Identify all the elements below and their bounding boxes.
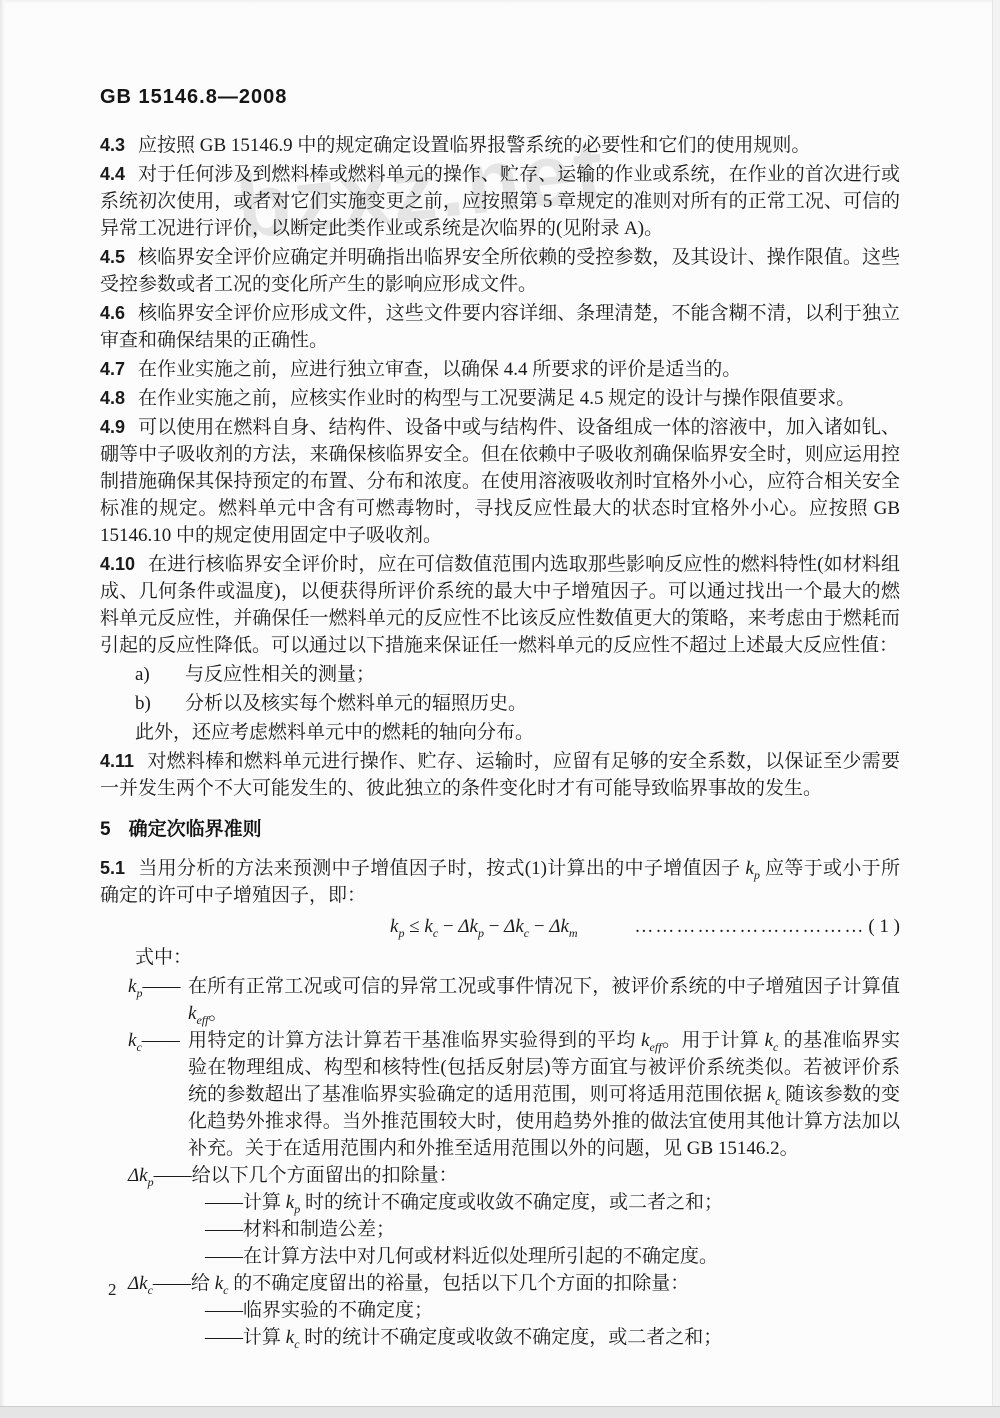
clause-number: 5.1 <box>100 858 125 878</box>
clause-text: 对燃料棒和燃料单元进行操作、贮存、运输时，应留有足够的安全系数，以保证至少需要一… <box>100 751 900 799</box>
scan-edge-bottom <box>0 1406 1000 1418</box>
definition-kc: kc—— 用特定的计算方法计算若干基准临界实验得到的平均 keff。用于计算 k… <box>100 1027 900 1162</box>
list-item-b: b)分析以及核实每个燃料单元的辐照历史。 <box>135 690 900 717</box>
clause-4-7: 4.7在作业实施之前，应进行独立审查，以确保 4.4 所要求的评价是适当的。 <box>100 356 900 383</box>
where-label: 式中： <box>135 944 900 971</box>
clause-text: 核临界安全评价应确定并明确指出临界安全所依赖的受控参数，及其设计、操作限值。这些… <box>100 247 900 295</box>
section-5-heading: 5确定次临界准则 <box>100 816 900 843</box>
clause-number: 4.3 <box>100 135 125 155</box>
clause-4-10-note: 此外，还应考虑燃料单元中的燃耗的轴向分布。 <box>100 719 900 746</box>
clause-number: 4.8 <box>100 388 125 408</box>
clause-number: 4.5 <box>100 247 125 267</box>
definition-delta-kp: Δkp—— 给以下几个方面留出的扣除量： <box>100 1162 900 1189</box>
clause-number: 4.7 <box>100 359 125 379</box>
scan-edge-right <box>992 0 1000 1418</box>
clause-text: 在作业实施之前，应进行独立审查，以确保 4.4 所要求的评价是适当的。 <box>138 359 741 380</box>
equation-number: ( 1 ) <box>868 913 900 940</box>
clause-text: 可以使用在燃料自身、结构件、设备中或与结构件、设备组成一体的溶液中，加入诸如钆、… <box>100 417 900 546</box>
deduction-item: ——临界实验的不确定度； <box>205 1297 900 1324</box>
clause-text: 核临界安全评价应形成文件，这些文件要内容详细、条理清楚，不能含糊不清，以利于独立… <box>100 303 900 351</box>
clause-4-5: 4.5核临界安全评价应确定并明确指出临界安全所依赖的受控参数，及其设计、操作限值… <box>100 244 900 298</box>
clause-text: 当用分析的方法来预测中子增值因子时，按式(1)计算出的中子增值因子 kp 应等于… <box>100 858 900 906</box>
clause-4-4: 4.4对于任何涉及到燃料棒或燃料单元的操作、贮存、运输的作业或系统，在作业的首次… <box>100 161 900 242</box>
clause-4-8: 4.8在作业实施之前，应核实作业时的构型与工况要满足 4.5 规定的设计与操作限… <box>100 385 900 412</box>
clause-number: 4.4 <box>100 164 125 184</box>
clause-4-3: 4.3应按照 GB 15146.9 中的规定确定设置临界报警系统的必要性和它们的… <box>100 132 900 159</box>
list-item-a: a)与反应性相关的测量； <box>135 661 900 688</box>
clause-text: 应按照 GB 15146.9 中的规定确定设置临界报警系统的必要性和它们的使用规… <box>138 135 810 156</box>
clause-number: 4.10 <box>100 554 135 574</box>
deduction-item: ——在计算方法中对几何或材料近似处理所引起的不确定度。 <box>205 1243 900 1270</box>
clause-4-6: 4.6核临界安全评价应形成文件，这些文件要内容详细、条理清楚，不能含糊不清，以利… <box>100 300 900 354</box>
section-title: 确定次临界准则 <box>129 819 262 840</box>
definition-delta-kc: Δkc—— 给 kc 的不确定度留出的裕量，包括以下几个方面的扣除量： <box>100 1270 900 1297</box>
equation-dot-leader: …………………………… <box>578 913 869 940</box>
symbol-kp: kp—— <box>100 973 188 1000</box>
deduction-item: ——材料和制造公差； <box>205 1216 900 1243</box>
standard-number-header: GB 15146.8—2008 <box>100 84 900 111</box>
list-text: 与反应性相关的测量； <box>185 664 375 685</box>
scanned-document-page: bzxz.net GB 15146.8—2008 4.3应按照 GB 15146… <box>0 0 1000 1418</box>
section-number: 5 <box>100 819 111 840</box>
equation-math: kp ≤ kc − Δkp − Δkc − Δkm <box>390 913 578 940</box>
definition-text: 给以下几个方面留出的扣除量： <box>192 1162 900 1189</box>
scan-edge-left <box>0 0 5 1418</box>
list-label: b) <box>135 690 185 717</box>
clause-4-11: 4.11对燃料棒和燃料单元进行操作、贮存、运输时，应留有足够的安全系数，以保证至… <box>100 748 900 802</box>
list-label: a) <box>135 661 185 688</box>
page-number: 2 <box>108 1280 117 1300</box>
clause-4-10: 4.10在进行核临界安全评价时，应在可信数值范围内选取那些影响反应性的燃料特性(… <box>100 551 900 659</box>
clause-number: 4.11 <box>100 751 134 771</box>
definition-text: 用特定的计算方法计算若干基准临界实验得到的平均 keff。用于计算 kc 的基准… <box>188 1027 900 1162</box>
clause-5-1: 5.1当用分析的方法来预测中子增值因子时，按式(1)计算出的中子增值因子 kp … <box>100 855 900 909</box>
equation-1: kp ≤ kc − Δkp − Δkc − Δkm …………………………… ( … <box>100 913 900 940</box>
clause-number: 4.6 <box>100 303 125 323</box>
deduction-item: ——计算 kp 时的统计不确定度或收敛不确定度，或二者之和； <box>205 1189 900 1216</box>
clause-number: 4.9 <box>100 417 125 437</box>
page-content: GB 15146.8—2008 4.3应按照 GB 15146.9 中的规定确定… <box>100 84 900 1351</box>
definition-text: 给 kc 的不确定度留出的裕量，包括以下几个方面的扣除量： <box>191 1270 900 1297</box>
symbol-kc: kc—— <box>100 1027 188 1054</box>
scan-edge-top <box>0 0 1000 4</box>
deduction-item: ——计算 kc 时的统计不确定度或收敛不确定度，或二者之和； <box>205 1324 900 1351</box>
symbol-delta-kp: Δkp—— <box>100 1162 192 1189</box>
clause-4-9: 4.9可以使用在燃料自身、结构件、设备中或与结构件、设备组成一体的溶液中，加入诸… <box>100 414 900 549</box>
clause-text: 在作业实施之前，应核实作业时的构型与工况要满足 4.5 规定的设计与操作限值要求… <box>138 388 855 409</box>
list-text: 分析以及核实每个燃料单元的辐照历史。 <box>185 693 527 714</box>
definition-text: 在所有正常工况或可信的异常工况或事件情况下，被评价系统的中子增殖因子计算值 ke… <box>188 973 900 1027</box>
definition-kp: kp—— 在所有正常工况或可信的异常工况或事件情况下，被评价系统的中子增殖因子计… <box>100 973 900 1027</box>
clause-text: 在进行核临界安全评价时，应在可信数值范围内选取那些影响反应性的燃料特性(如材料组… <box>100 554 900 656</box>
clause-text: 对于任何涉及到燃料棒或燃料单元的操作、贮存、运输的作业或系统，在作业的首次进行或… <box>100 164 900 239</box>
